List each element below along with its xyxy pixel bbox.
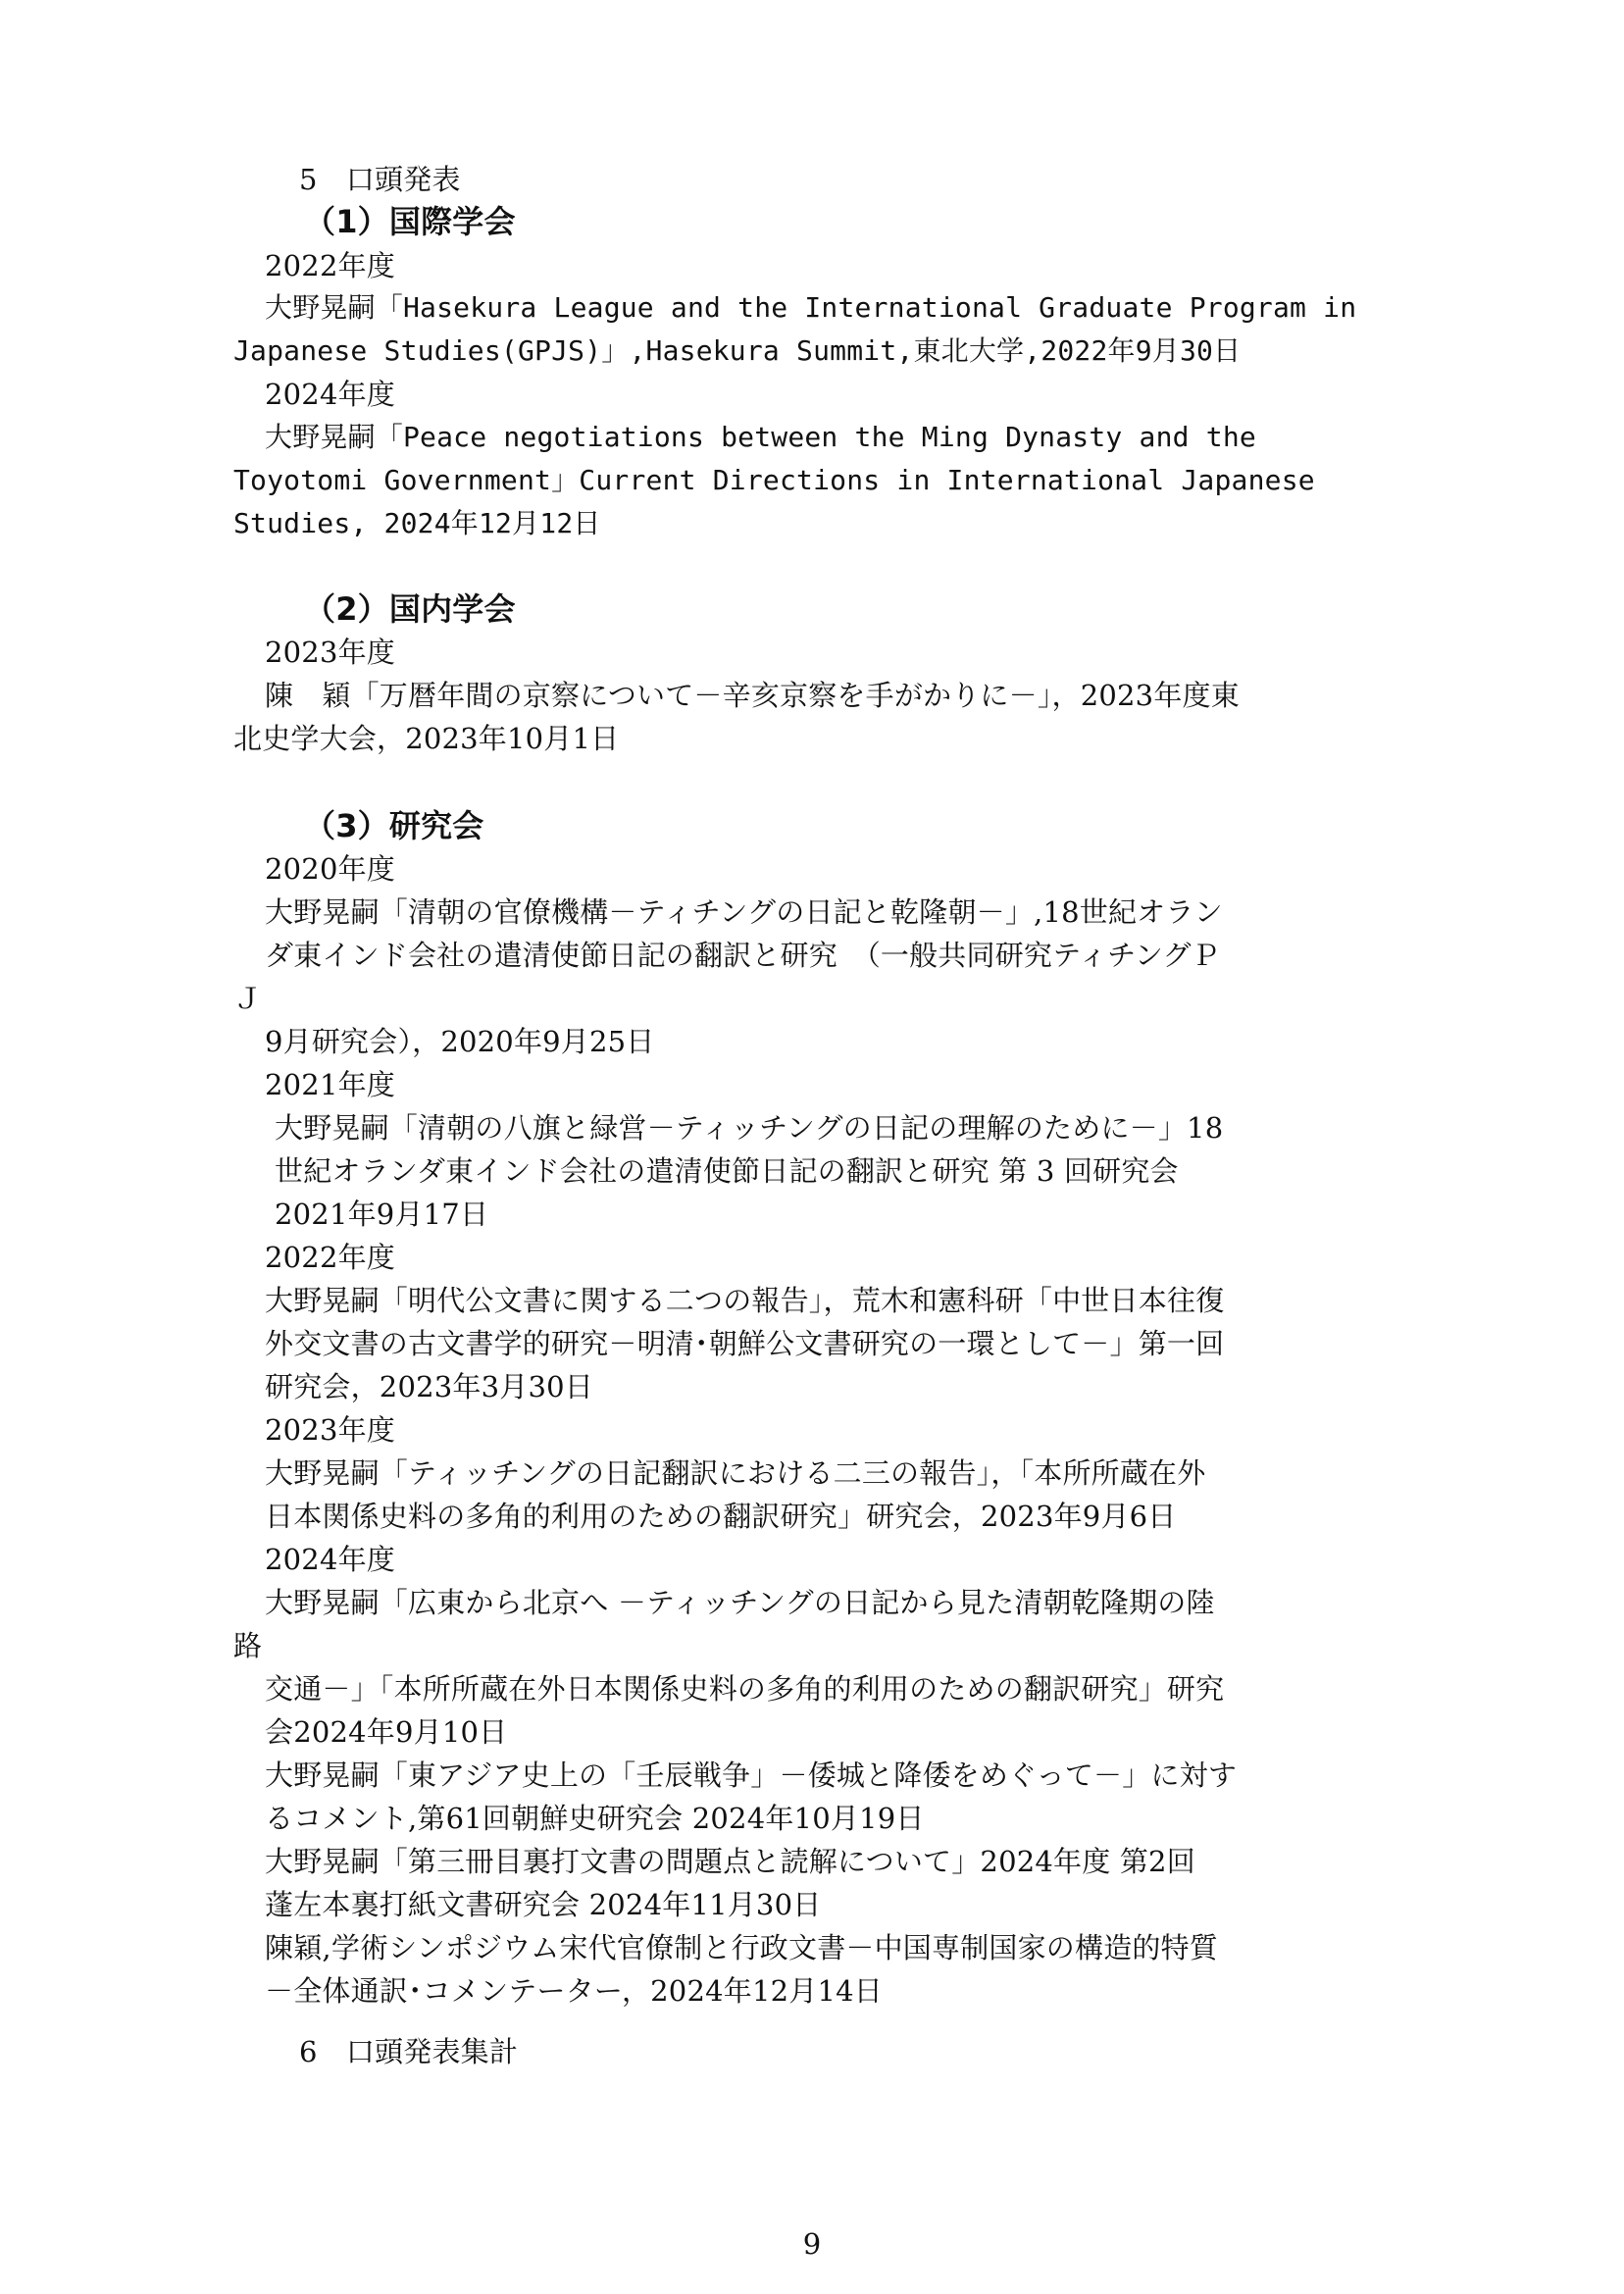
section-heading-oral-presentations: 5 口頭発表 (299, 158, 461, 201)
subsection-heading-international: （1）国際学会 (304, 198, 516, 245)
entry-line: 陳 穎「万暦年間の京察について－辛亥京察を手がかりに－」，2023年度東 (265, 674, 1240, 717)
year-label: 2023年度 (265, 631, 395, 674)
document-page: 5 口頭発表 （1）国際学会 2022年度 大野晃嗣「Hasekura Leag… (0, 0, 1624, 2294)
year-label: 2022年度 (265, 1236, 395, 1279)
entry-line: 路 (233, 1624, 262, 1667)
year-label: 2024年度 (265, 373, 395, 416)
year-label: 2022年度 (265, 244, 395, 287)
page-number: 9 (0, 2224, 1624, 2264)
entry-line: 大野晃嗣「ティッチングの日記翻訳における二三の報告」，「本所所蔵在外 (265, 1452, 1205, 1495)
year-label: 2020年度 (265, 847, 395, 891)
entry-line: 交通－」「本所所蔵在外日本関係史料の多角的利用のための翻訳研究」研究 (265, 1667, 1224, 1710)
entry-line: －全体通訳･コメンテーター，2024年12月14日 (265, 1969, 883, 2013)
entry-line: 会2024年9月10日 (265, 1710, 507, 1754)
entry-line: Studies, 2024年12月12日 (233, 502, 601, 545)
subsection-heading-domestic: （2）国内学会 (304, 586, 516, 633)
year-label: 2021年度 (265, 1063, 395, 1106)
entry-line: 大野晃嗣「Peace negotiations between the Ming… (265, 416, 1256, 459)
entry-line: 世紀オランダ東インド会社の遣清使節日記の翻訳と研究 第 3 回研究会 (275, 1149, 1179, 1193)
section-heading-oral-presentation-summary: 6 口頭発表集計 (299, 2030, 518, 2073)
entry-line: 大野晃嗣「東アジア史上の「壬辰戦争」－倭城と降倭をめぐって－」に対す (265, 1754, 1237, 1797)
entry-line: 大野晃嗣「第三冊目裏打文書の問題点と読解について」2024年度 第2回 (265, 1840, 1195, 1883)
entry-line: 大野晃嗣「明代公文書に関する二つの報告」，荒木和憲科研「中世日本往復 (265, 1279, 1224, 1322)
entry-line: ダ東インド会社の遣清使節日記の翻訳と研究 （一般共同研究ティチングＰ (265, 934, 1220, 977)
entry-line: 日本関係史料の多角的利用のための翻訳研究」研究会，2023年9月6日 (265, 1495, 1177, 1538)
entry-line: 北史学大会，2023年10月1日 (233, 717, 619, 760)
entry-line: るコメント,第61回朝鮮史研究会 2024年10月19日 (265, 1797, 925, 1840)
entry-line: Japanese Studies(GPJS)」,Hasekura Summit,… (233, 330, 1241, 373)
entry-line: 大野晃嗣「Hasekura League and the Internation… (265, 286, 1356, 330)
entry-line: Toyotomi Government」Current Directions i… (233, 459, 1315, 502)
entry-line: Ｊ (233, 977, 262, 1020)
year-label: 2024年度 (265, 1538, 395, 1581)
entry-line: 9月研究会），2020年9月25日 (265, 1020, 655, 1063)
entry-line: 外交文書の古文書学的研究－明清･朝鮮公文書研究の一環として－」第一回 (265, 1322, 1224, 1365)
entry-line: 研究会，2023年3月30日 (265, 1365, 593, 1408)
subsection-heading-research: （3）研究会 (304, 802, 483, 849)
entry-line: 陳穎,学術シンポジウム宋代官僚制と行政文書－中国専制国家の構造的特質 (265, 1926, 1218, 1969)
entry-line: 大野晃嗣「広東から北京へ －ティッチングの日記から見た清朝乾隆期の陸 (265, 1581, 1215, 1624)
entry-line: 大野晃嗣「清朝の八旗と緑営－ティッチングの日記の理解のために－」18 (275, 1106, 1223, 1149)
year-label: 2023年度 (265, 1408, 395, 1452)
entry-line: 2021年9月17日 (275, 1193, 488, 1236)
entry-line: 蓬左本裏打紙文書研究会 2024年11月30日 (265, 1883, 821, 1926)
entry-line: 大野晃嗣「清朝の官僚機構－ティチングの日記と乾隆朝－」,18世紀オラン (265, 891, 1223, 934)
